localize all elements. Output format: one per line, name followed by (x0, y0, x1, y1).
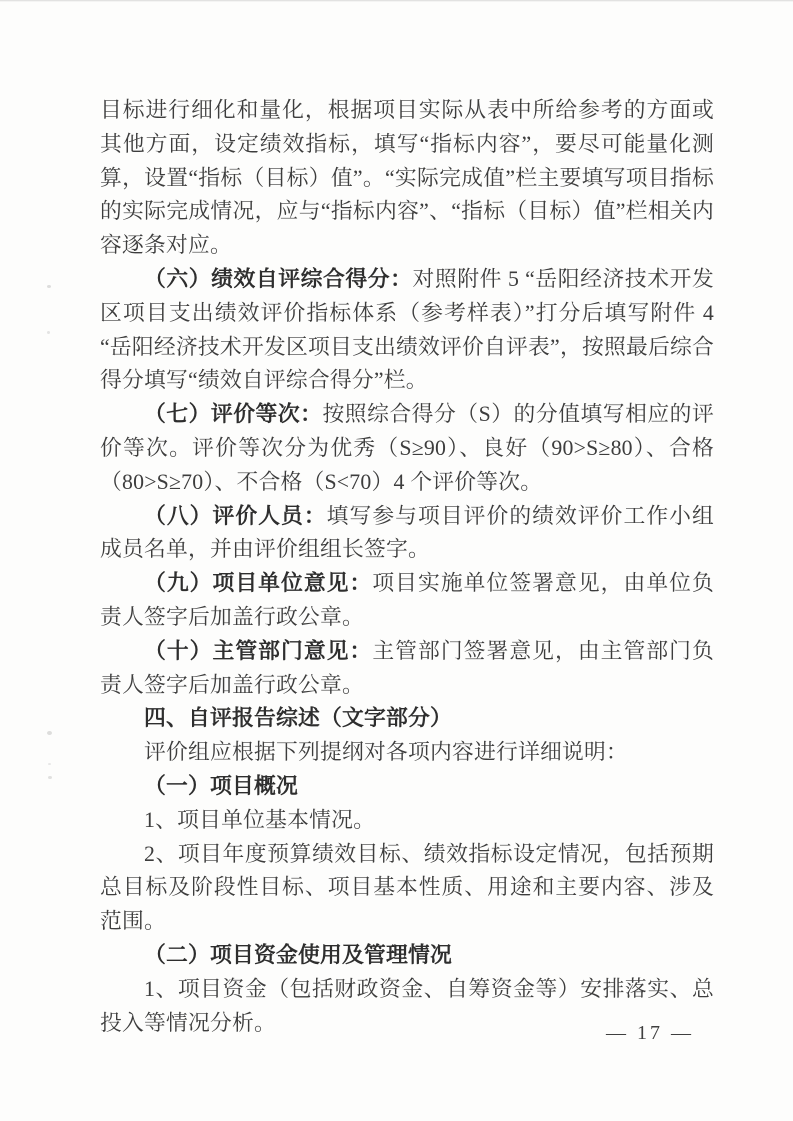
para-outline-intro: 评价组应根据下列提纲对各项内容进行详细说明： (100, 736, 714, 770)
para-item-6-self-eval-score: （六）绩效自评综合得分：对照附件 5 “岳阳经济技术开发区项目支出绩效评价指标体… (100, 263, 714, 398)
para-indicator-instructions: 目标进行细化和量化，根据项目实际从表中所给参考的方面或其他方面，设定绩效指标，填… (100, 94, 714, 263)
document-page: 目标进行细化和量化，根据项目实际从表中所给参考的方面或其他方面，设定绩效指标，填… (0, 0, 793, 1121)
page-number: — 17 — (585, 1022, 715, 1045)
page-body-text: 目标进行细化和量化，根据项目实际从表中所给参考的方面或其他方面，设定绩效指标，填… (100, 94, 714, 1040)
scan-edge-artifact (0, 0, 793, 2)
para-item-8-eval-staff: （八）评价人员：填写参与项目评价的绩效评价工作小组成员名单，并由评价组组长签字。 (100, 500, 714, 568)
heading-run: （一）项目概况 (144, 774, 298, 798)
para-sub-1-point-1: 1、项目单位基本情况。 (100, 804, 714, 838)
text-run: 评价组应根据下列提纲对各项内容进行详细说明： (144, 740, 628, 764)
para-sub-1-point-2: 2、项目年度预算绩效目标、绩效指标设定情况，包括预期总目标及阶段性目标、项目基本… (100, 838, 714, 939)
para-sub-2-heading: （二）项目资金使用及管理情况 (100, 939, 714, 973)
para-item-9-unit-opinion: （九）项目单位意见：项目实施单位签署意见，由单位负责人签字后加盖行政公章。 (100, 567, 714, 635)
scan-speck (48, 776, 52, 779)
heading-run: （八）评价人员： (144, 504, 327, 528)
text-run: 2、项目年度预算绩效目标、绩效指标设定情况，包括预期总目标及阶段性目标、项目基本… (100, 842, 714, 934)
heading-run: （七）评价等次： (144, 402, 322, 426)
heading-run: （十）主管部门意见： (144, 639, 372, 663)
heading-run: （六）绩效自评综合得分： (144, 267, 412, 291)
scan-speck (47, 731, 52, 735)
heading-run: 四、自评报告综述（文字部分） (144, 706, 452, 730)
scan-speck (48, 763, 51, 765)
scan-speck (47, 331, 50, 334)
para-item-10-dept-opinion: （十）主管部门意见：主管部门签署意见，由主管部门负责人签字后加盖行政公章。 (100, 635, 714, 703)
para-section-4-heading: 四、自评报告综述（文字部分） (100, 702, 714, 736)
scan-speck (47, 285, 51, 288)
text-run: 目标进行细化和量化，根据项目实际从表中所给参考的方面或其他方面，设定绩效指标，填… (100, 98, 714, 257)
heading-run: （二）项目资金使用及管理情况 (144, 943, 452, 967)
text-run: 1、项目单位基本情况。 (144, 808, 375, 832)
para-sub-1-heading: （一）项目概况 (100, 770, 714, 804)
para-item-7-eval-grade: （七）评价等次：按照综合得分（S）的分值填写相应的评价等次。评价等次分为优秀（S… (100, 398, 714, 499)
heading-run: （九）项目单位意见： (144, 571, 372, 595)
